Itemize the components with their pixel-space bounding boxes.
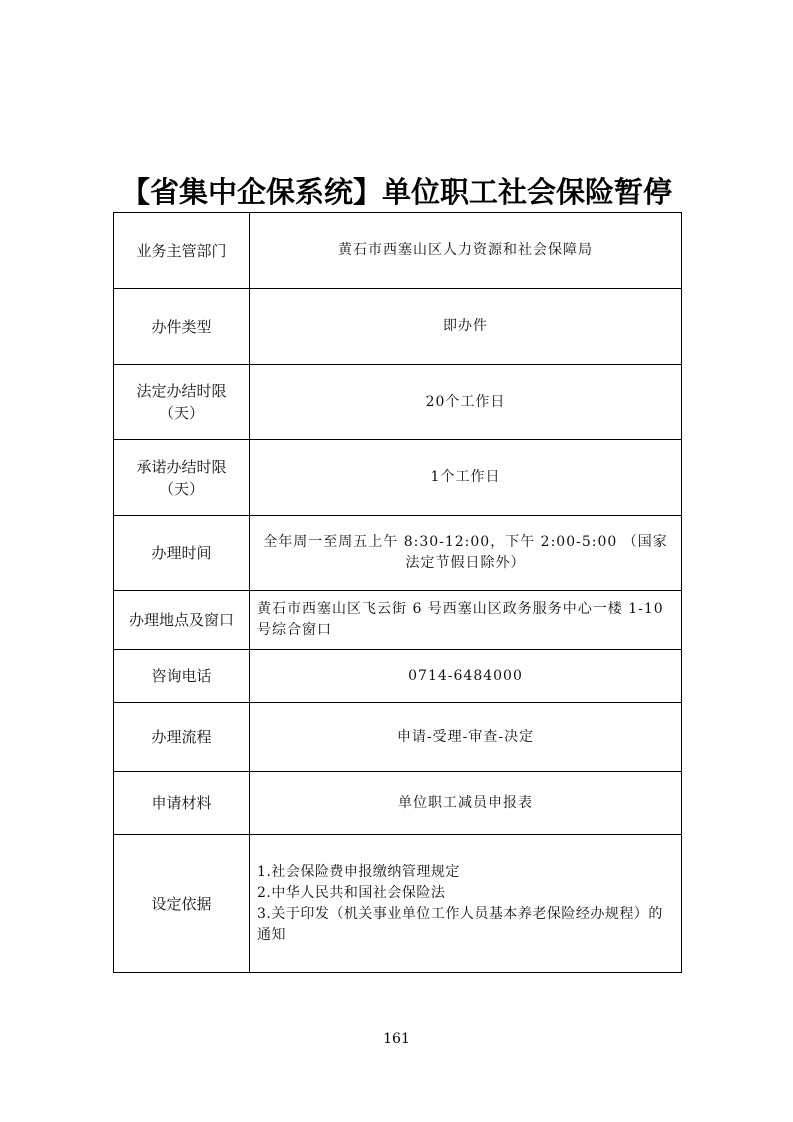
label-line: 承诺办结时限	[114, 456, 249, 478]
table-row: 咨询电话 0714-6484000	[114, 650, 682, 703]
row-value-promised-time-limit: 1个工作日	[250, 440, 682, 516]
row-value-department: 黄石市西塞山区人力资源和社会保障局	[250, 213, 682, 289]
row-label-promised-time-limit: 承诺办结时限 （天）	[114, 440, 250, 516]
row-label-materials: 申请材料	[114, 772, 250, 835]
row-label-legal-basis: 设定依据	[114, 835, 250, 973]
service-info-table: 业务主管部门 黄石市西塞山区人力资源和社会保障局 办件类型 即办件 法定办结时限…	[113, 212, 682, 973]
table-row: 办理时间 全年周一至周五上午 8:30-12:00，下午 2:00-5:00 （…	[114, 516, 682, 591]
page-title: 【省集中企保系统】单位职工社会保险暂停	[0, 172, 793, 212]
label-line: （天）	[114, 478, 249, 500]
row-value-office-hours: 全年周一至周五上午 8:30-12:00，下午 2:00-5:00 （国家法定节…	[250, 516, 682, 591]
row-label-case-type: 办件类型	[114, 289, 250, 365]
row-label-process: 办理流程	[114, 703, 250, 772]
legal-basis-item: 1.社会保险费申报缴纳管理规定	[257, 862, 676, 883]
row-label-office-hours: 办理时间	[114, 516, 250, 591]
table-row: 申请材料 单位职工减员申报表	[114, 772, 682, 835]
row-label-department: 业务主管部门	[114, 213, 250, 289]
row-label-legal-time-limit: 法定办结时限 （天）	[114, 365, 250, 440]
row-value-process: 申请-受理-审查-决定	[250, 703, 682, 772]
table-row: 办件类型 即办件	[114, 289, 682, 365]
table-row: 承诺办结时限 （天） 1个工作日	[114, 440, 682, 516]
table-row: 法定办结时限 （天） 20个工作日	[114, 365, 682, 440]
legal-basis-item: 3.关于印发（机关事业单位工作人员基本养老保险经办规程）的通知	[257, 904, 676, 946]
row-value-materials: 单位职工减员申报表	[250, 772, 682, 835]
row-value-legal-basis: 1.社会保险费申报缴纳管理规定 2.中华人民共和国社会保险法 3.关于印发（机关…	[250, 835, 682, 973]
row-value-location: 黄石市西塞山区飞云街 6 号西塞山区政务服务中心一楼 1-10 号综合窗口	[250, 591, 682, 650]
table-row: 业务主管部门 黄石市西塞山区人力资源和社会保障局	[114, 213, 682, 289]
legal-basis-item: 2.中华人民共和国社会保险法	[257, 883, 676, 904]
row-label-location: 办理地点及窗口	[114, 591, 250, 650]
table-row: 办理地点及窗口 黄石市西塞山区飞云街 6 号西塞山区政务服务中心一楼 1-10 …	[114, 591, 682, 650]
row-label-phone: 咨询电话	[114, 650, 250, 703]
label-line: 法定办结时限	[114, 380, 249, 402]
table-row: 设定依据 1.社会保险费申报缴纳管理规定 2.中华人民共和国社会保险法 3.关于…	[114, 835, 682, 973]
row-value-phone: 0714-6484000	[250, 650, 682, 703]
row-value-legal-time-limit: 20个工作日	[250, 365, 682, 440]
table-row: 办理流程 申请-受理-审查-决定	[114, 703, 682, 772]
row-value-case-type: 即办件	[250, 289, 682, 365]
page-number: 161	[0, 1031, 793, 1047]
label-line: （天）	[114, 402, 249, 424]
